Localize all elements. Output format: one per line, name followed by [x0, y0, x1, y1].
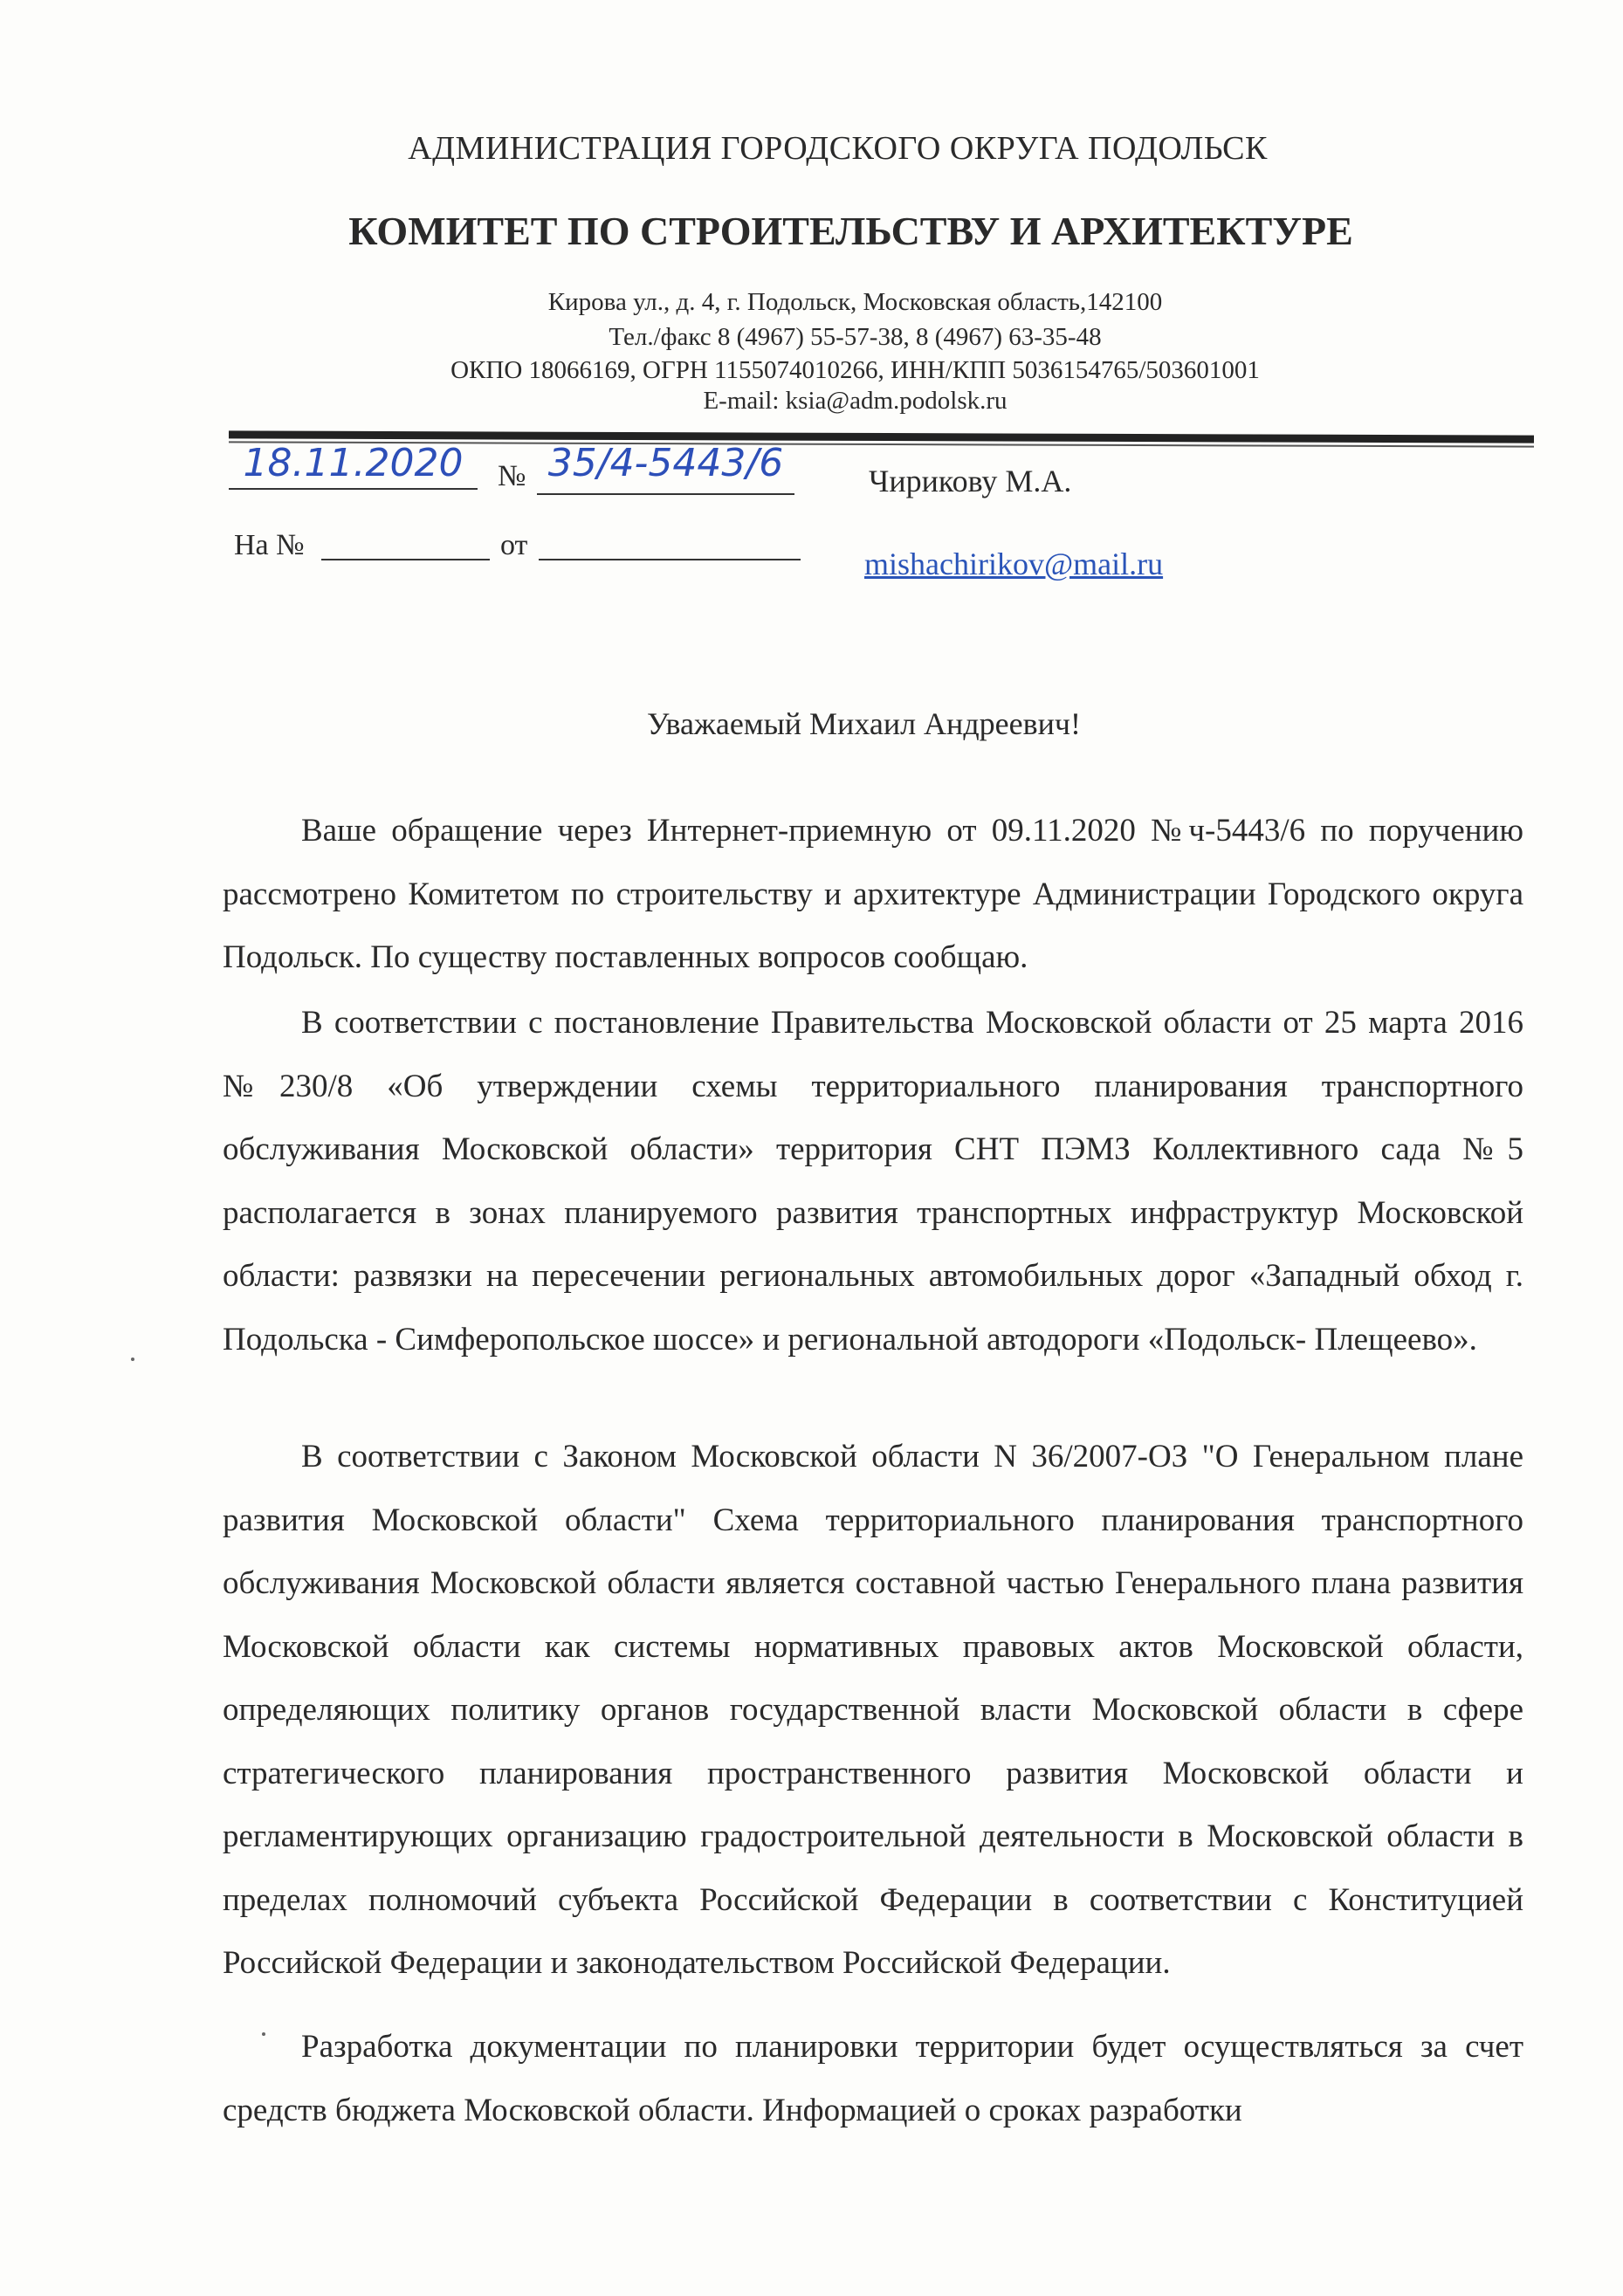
letterhead-email: E-mail: ksia@adm.podolsk.ru: [44, 387, 1623, 416]
recipient-name: Чирикову М.А.: [869, 463, 1071, 499]
paragraph-4-text: Разработка документации по планировки те…: [223, 2029, 1523, 2128]
paragraph-4: Разработка документации по планировки те…: [223, 2016, 1523, 2142]
address: Кирова ул., д. 4, г. Подольск, Московска…: [44, 288, 1623, 317]
committee-name: КОМИТЕТ ПО СТРОИТЕЛЬСТВУ И АРХИТЕКТУРЕ: [39, 208, 1623, 254]
scan-speck: [131, 1358, 134, 1361]
from-label: от: [500, 529, 527, 562]
organization-name: АДМИНИСТРАЦИЯ ГОРОДСКОГО ОКРУГА ПОДОЛЬСК: [26, 129, 1623, 168]
number-sign: №: [498, 460, 526, 493]
paragraph-3: В соответствии с Законом Московской обла…: [223, 1426, 1523, 1996]
from-date-blank: [539, 559, 801, 560]
reply-to-number-blank: [321, 559, 490, 560]
registration-codes: ОКПО 18066169, ОГРН 1155074010266, ИНН/К…: [44, 356, 1623, 385]
phone: Тел./факс 8 (4967) 55-57-38, 8 (4967) 63…: [44, 323, 1623, 352]
reply-to-label: На №: [234, 529, 305, 562]
paragraph-1-text: Ваше обращение через Интернет-приемную о…: [223, 813, 1523, 975]
outgoing-number: 35/4-5443/6: [537, 441, 794, 495]
paragraph-3-text: В соответствии с Законом Московской обла…: [223, 1439, 1523, 1981]
paragraph-2: В соответствии с постановление Правитель…: [223, 992, 1523, 1371]
outgoing-date: 18.11.2020: [229, 441, 478, 490]
recipient-email-link[interactable]: mishachirikov@mail.ru: [864, 546, 1163, 582]
paragraph-2-text: В соответствии с постановление Правитель…: [223, 1005, 1523, 1358]
scan-speck: [262, 2032, 265, 2036]
paragraph-1: Ваше обращение через Интернет-приемную о…: [223, 800, 1523, 990]
salutation: Уважаемый Михаил Андреевич!: [52, 705, 1623, 742]
